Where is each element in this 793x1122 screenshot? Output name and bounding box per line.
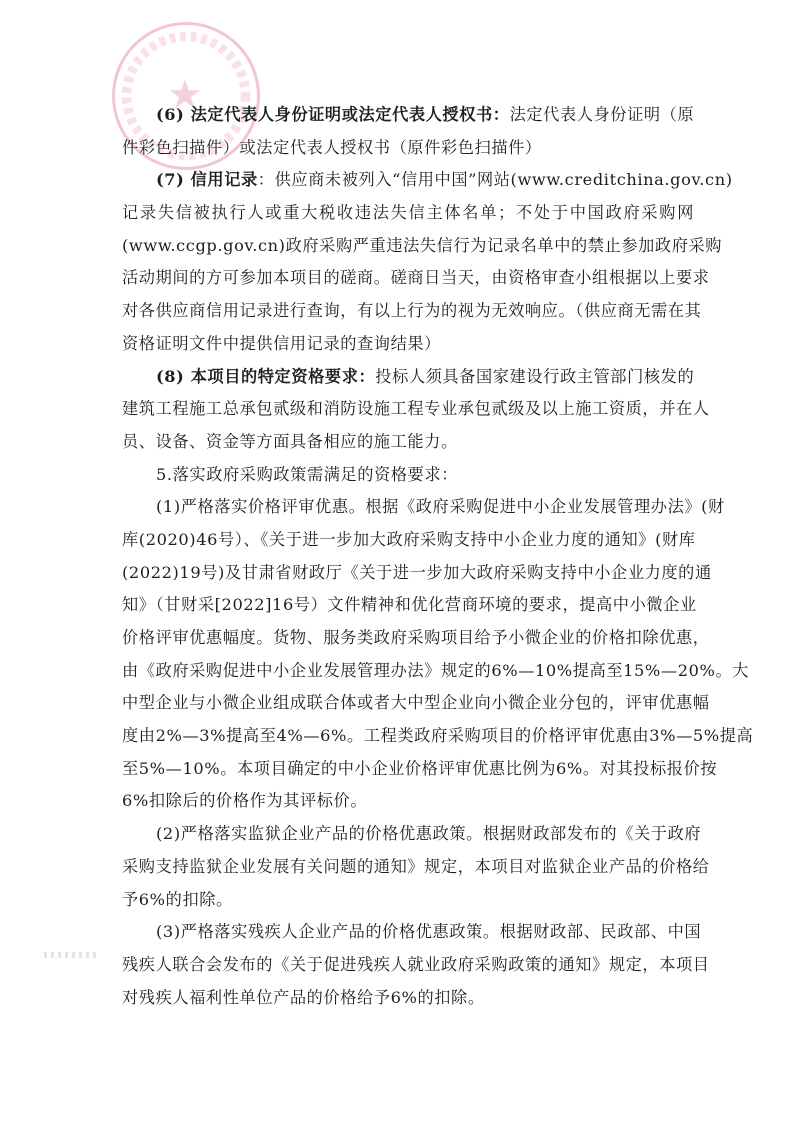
- paragraph-item-7: (7) 信用记录：供应商未被列入“信用中国”网站(www.creditchina…: [122, 164, 694, 360]
- text-line: (6) 法定代表人身份证明或法定代表人授权书：法定代表人身份证明（原: [122, 99, 694, 132]
- text-line: 予6%的扣除。: [122, 884, 694, 917]
- text-line: 建筑工程施工总承包贰级和消防设施工程专业承包贰级及以上施工资质，并在人: [122, 393, 694, 426]
- text-run: 投标人须具备国家建设行政主管部门核发的: [375, 367, 694, 386]
- item-heading: (6) 法定代表人身份证明或法定代表人授权书：: [156, 105, 510, 124]
- text-line: 对各供应商信用记录进行查询，有以上行为的视为无效响应。（供应商无需在其: [122, 295, 694, 328]
- text-line: (8) 本项目的特定资格要求：投标人须具备国家建设行政主管部门核发的: [122, 361, 694, 394]
- text-line: (2022)19号)及甘肃省财政厅《关于进一步加大政府采购支持中小企业力度的通: [122, 557, 694, 590]
- text-line: 活动期间的方可参加本项目的磋商。磋商日当天，由资格审查小组根据以上要求: [122, 262, 694, 295]
- text-line: 对残疾人福利性单位产品的价格给予6%的扣除。: [122, 982, 694, 1015]
- scan-noise: [44, 952, 99, 958]
- paragraph-policy-3: (3)严格落实残疾人企业产品的价格优惠政策。根据财政部、民政部、中国 残疾人联合…: [122, 916, 694, 1014]
- text-run: 法定代表人身份证明（原: [510, 105, 695, 124]
- text-line: 至5%—10%。本项目确定的中小企业价格评审优惠比例为6%。对其投标报价按: [122, 753, 694, 786]
- document-page: ★ (6) 法定代表人身份证明或法定代表人授权书：法定代表人身份证明（原 件彩色…: [0, 0, 793, 1122]
- document-body: (6) 法定代表人身份证明或法定代表人授权书：法定代表人身份证明（原 件彩色扫描…: [122, 99, 694, 1014]
- text-line: (7) 信用记录：供应商未被列入“信用中国”网站(www.creditchina…: [122, 164, 694, 197]
- section-title: 5.落实政府采购政策需满足的资格要求：: [122, 459, 694, 492]
- text-line: 员、设备、资金等方面具备相应的施工能力。: [122, 426, 694, 459]
- item-heading: (8) 本项目的特定资格要求：: [156, 367, 375, 386]
- text-line: (1)严格落实价格评审优惠。根据《政府采购促进中小企业发展管理办法》(财: [122, 491, 694, 524]
- text-line: 由《政府采购促进中小企业发展管理办法》规定的6%—10%提高至15%—20%。大: [122, 655, 694, 688]
- paragraph-policy-2: (2)严格落实监狱企业产品的价格优惠政策。根据财政部发布的《关于政府 采购支持监…: [122, 818, 694, 916]
- text-line: 度由2%—3%提高至4%—6%。工程类政府采购项目的价格评审优惠由3%—5%提高: [122, 720, 694, 753]
- text-line: 记录失信被执行人或重大税收违法失信主体名单；不处于中国政府采购网: [122, 197, 694, 230]
- text-line: 6%扣除后的价格作为其评标价。: [122, 785, 694, 818]
- text-run: ：供应商未被列入“信用中国”网站(www.creditchina.gov.cn): [258, 170, 733, 189]
- text-line: 残疾人联合会发布的《关于促进残疾人就业政府采购政策的通知》规定，本项目: [122, 949, 694, 982]
- text-line: (www.ccgp.gov.cn)政府采购严重违法失信行为记录名单中的禁止参加政…: [122, 230, 694, 263]
- text-line: 价格评审优惠幅度。货物、服务类政府采购项目给予小微企业的价格扣除优惠，: [122, 622, 694, 655]
- text-line: 件彩色扫描件）或法定代表人授权书（原件彩色扫描件）: [122, 132, 694, 165]
- text-line: 库(2020)46号）、《关于进一步加大政府采购支持中小企业力度的通知》(财库: [122, 524, 694, 557]
- item-heading: (7) 信用记录: [156, 170, 258, 189]
- text-line: 知》（甘财采[2022]16号）文件精神和优化营商环境的要求，提高中小微企业: [122, 589, 694, 622]
- text-line: 中型企业与小微企业组成联合体或者大中型企业向小微企业分包的，评审优惠幅: [122, 687, 694, 720]
- section-heading-5: 5.落实政府采购政策需满足的资格要求：: [122, 459, 694, 492]
- paragraph-item-6: (6) 法定代表人身份证明或法定代表人授权书：法定代表人身份证明（原 件彩色扫描…: [122, 99, 694, 164]
- text-line: 资格证明文件中提供信用记录的查询结果）: [122, 328, 694, 361]
- text-line: 采购支持监狱企业发展有关问题的通知》规定，本项目对监狱企业产品的价格给: [122, 851, 694, 884]
- text-line: (2)严格落实监狱企业产品的价格优惠政策。根据财政部发布的《关于政府: [122, 818, 694, 851]
- text-line: (3)严格落实残疾人企业产品的价格优惠政策。根据财政部、民政部、中国: [122, 916, 694, 949]
- paragraph-item-8: (8) 本项目的特定资格要求：投标人须具备国家建设行政主管部门核发的 建筑工程施…: [122, 361, 694, 459]
- paragraph-policy-1: (1)严格落实价格评审优惠。根据《政府采购促进中小企业发展管理办法》(财 库(2…: [122, 491, 694, 818]
